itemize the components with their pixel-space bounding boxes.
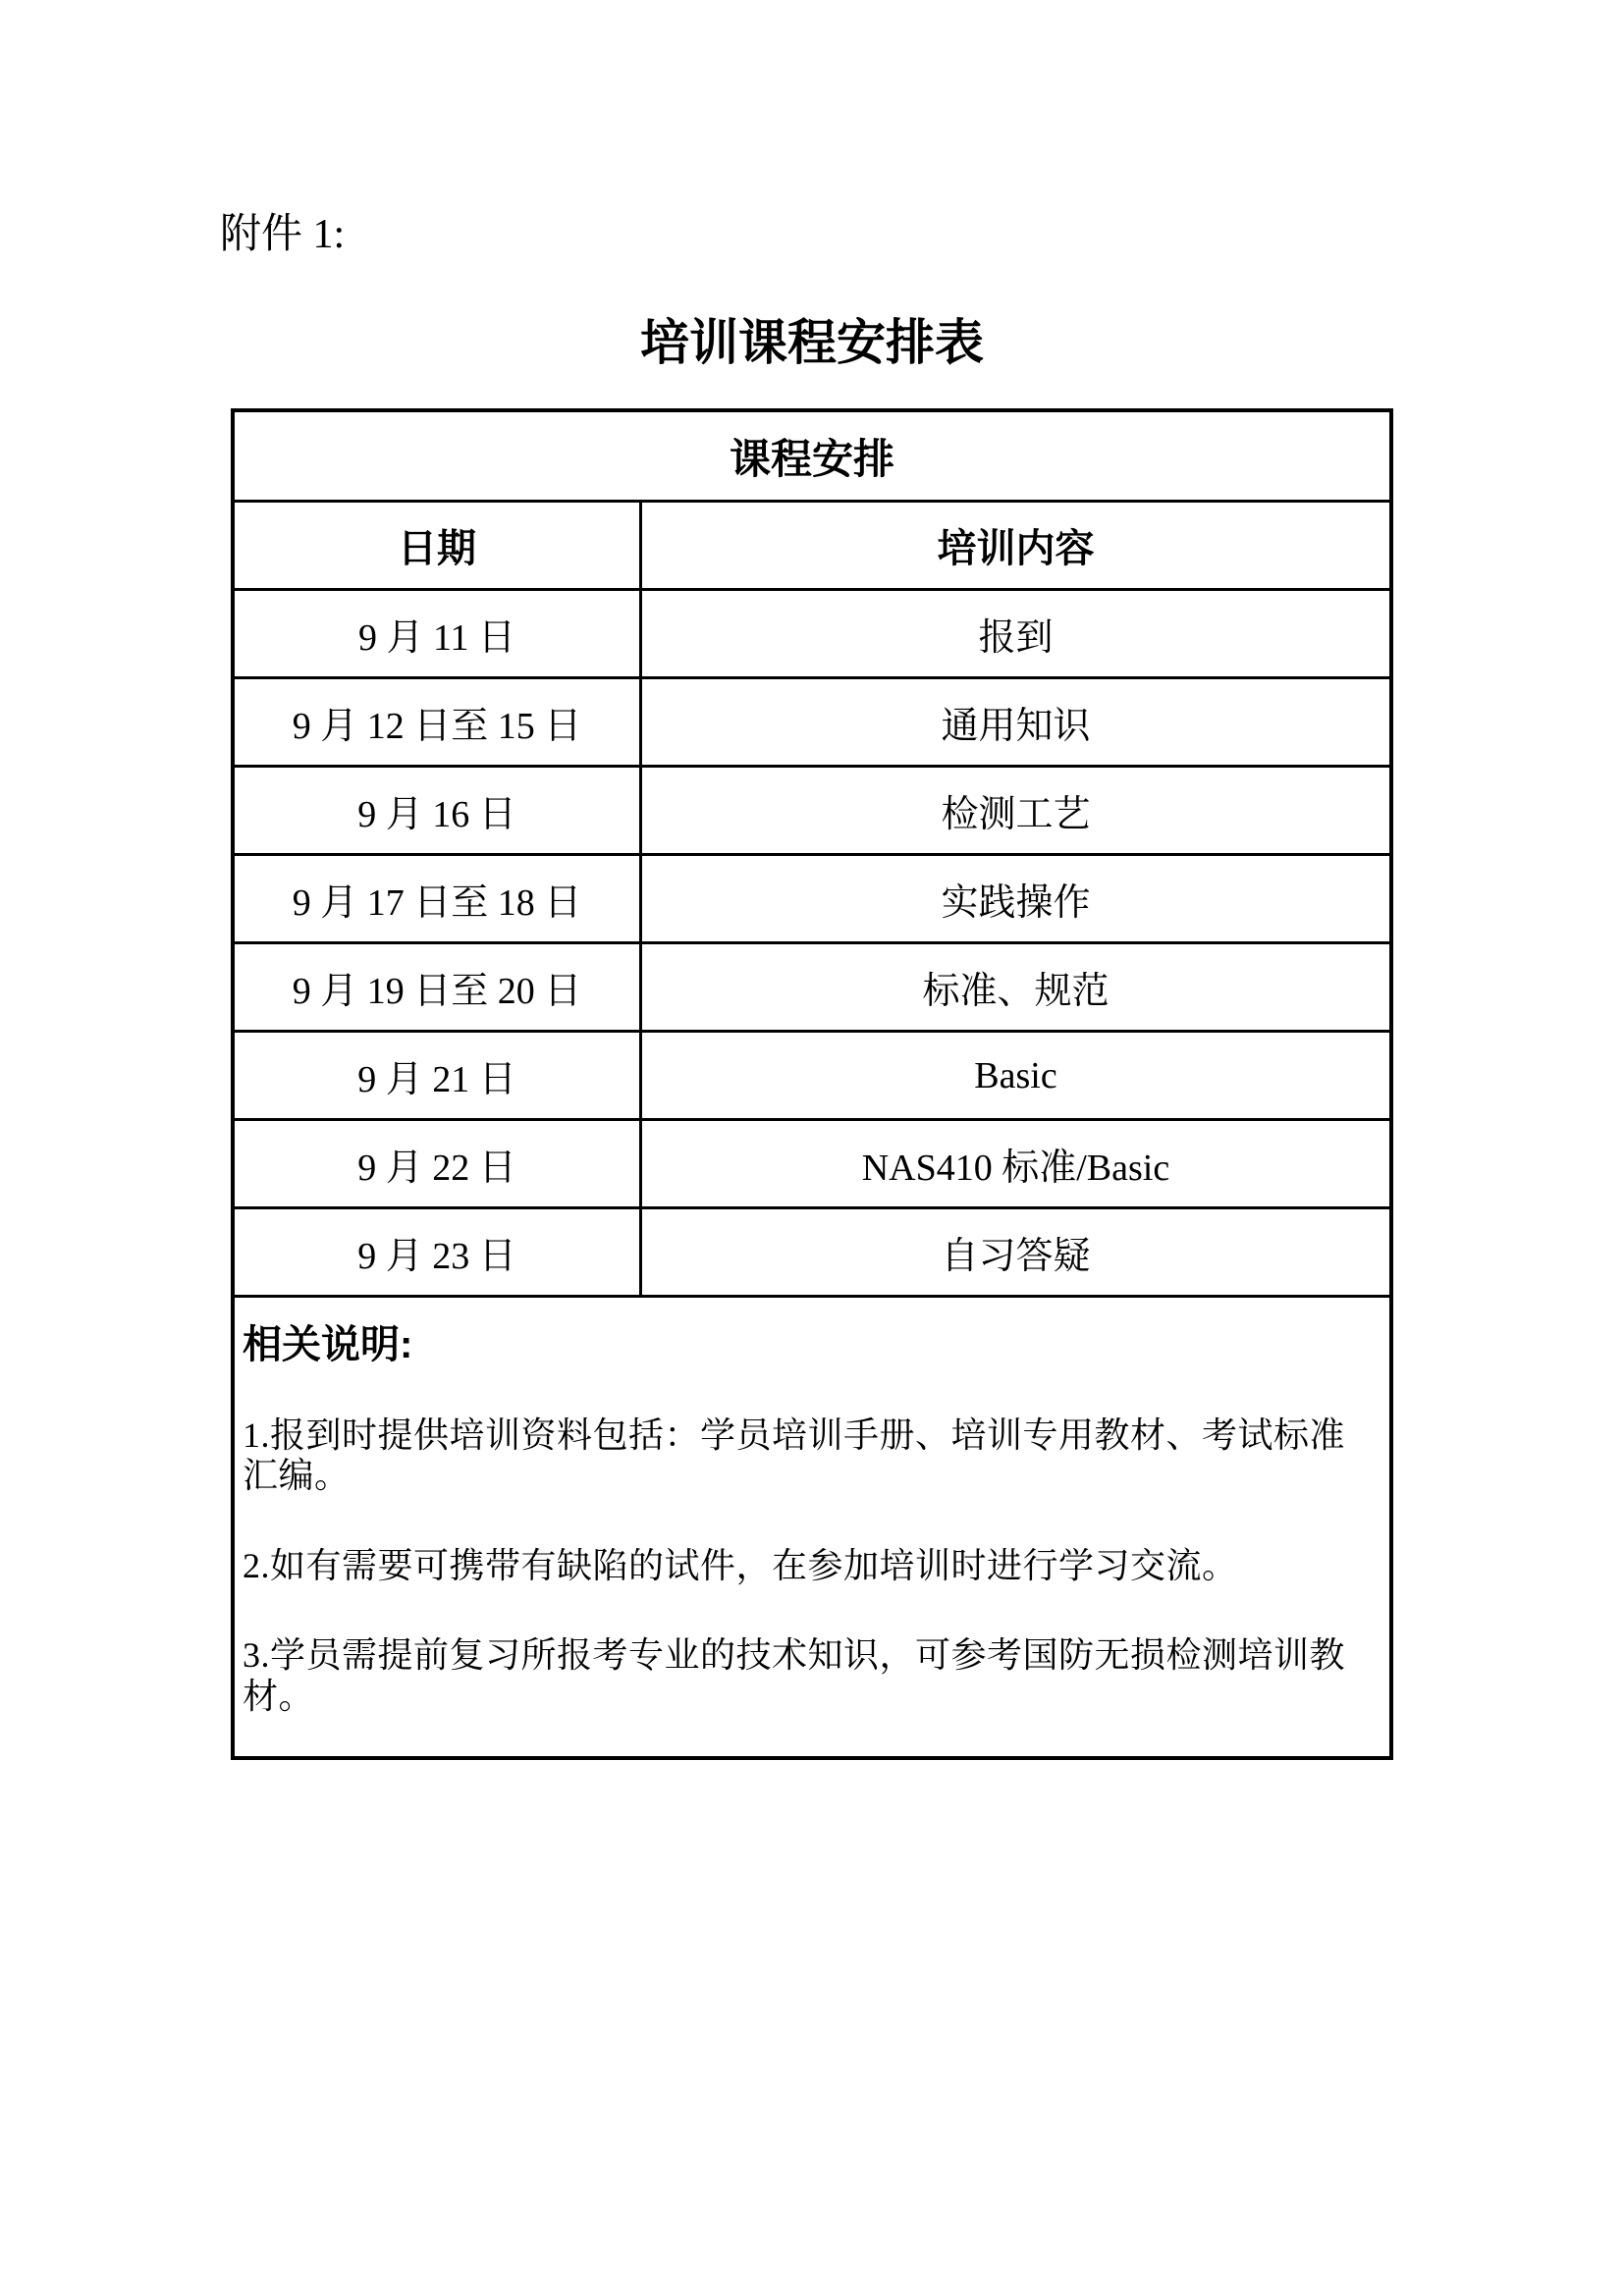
course-schedule-table: 课程安排 日期 培训内容 9 月 11 日 报到 9 月 12 日至 15 日 … xyxy=(231,408,1393,1760)
table-row: 9 月 11 日 报到 xyxy=(235,591,1389,679)
column-header-content: 培训内容 xyxy=(642,503,1389,588)
content-cell: 检测工艺 xyxy=(642,768,1389,853)
table-row: 9 月 19 日至 20 日 标准、规范 xyxy=(235,944,1389,1033)
date-cell: 9 月 11 日 xyxy=(235,591,642,676)
table-row: 9 月 22 日 NAS410 标准/Basic xyxy=(235,1121,1389,1209)
content-cell: 标准、规范 xyxy=(642,944,1389,1030)
date-cell: 9 月 17 日至 18 日 xyxy=(235,856,642,941)
table-title-cell: 课程安排 xyxy=(235,412,1389,503)
column-header-date: 日期 xyxy=(235,503,642,588)
date-cell: 9 月 19 日至 20 日 xyxy=(235,944,642,1030)
content-cell: 通用知识 xyxy=(642,679,1389,765)
table-row: 9 月 23 日 自习答疑 xyxy=(235,1209,1389,1298)
content-cell: 实践操作 xyxy=(642,856,1389,941)
note-item: 1.报到时提供培训资料包括：学员培训手册、培训专用教材、考试标准汇编。 xyxy=(243,1415,1376,1497)
content-cell: NAS410 标准/Basic xyxy=(642,1121,1389,1206)
date-cell: 9 月 12 日至 15 日 xyxy=(235,679,642,765)
date-cell: 9 月 22 日 xyxy=(235,1121,642,1206)
date-cell: 9 月 23 日 xyxy=(235,1209,642,1295)
date-cell: 9 月 21 日 xyxy=(235,1033,642,1118)
content-cell: 报到 xyxy=(642,591,1389,676)
document-page: 附件 1: 培训课程安排表 课程安排 日期 培训内容 9 月 11 日 报到 9… xyxy=(0,0,1624,2296)
content-cell: 自习答疑 xyxy=(642,1209,1389,1295)
table-row: 9 月 21 日 Basic xyxy=(235,1033,1389,1121)
notes-heading: 相关说明: xyxy=(243,1323,1376,1366)
table-row: 9 月 17 日至 18 日 实践操作 xyxy=(235,856,1389,944)
note-item: 2.如有需要可携带有缺陷的试件，在参加培训时进行学习交流。 xyxy=(243,1546,1376,1586)
table-row: 9 月 12 日至 15 日 通用知识 xyxy=(235,679,1389,768)
content-cell: Basic xyxy=(642,1033,1389,1118)
table-row: 9 月 16 日 检测工艺 xyxy=(235,768,1389,856)
date-cell: 9 月 16 日 xyxy=(235,768,642,853)
page-title: 培训课程安排表 xyxy=(0,316,1624,370)
notes-cell: 相关说明: 1.报到时提供培训资料包括：学员培训手册、培训专用教材、考试标准汇编… xyxy=(235,1298,1389,1756)
attachment-label: 附件 1: xyxy=(220,214,345,255)
table-column-header-row: 日期 培训内容 xyxy=(235,503,1389,591)
note-item: 3.学员需提前复习所报考专业的技术知识，可参考国防无损检测培训教材。 xyxy=(243,1635,1376,1717)
